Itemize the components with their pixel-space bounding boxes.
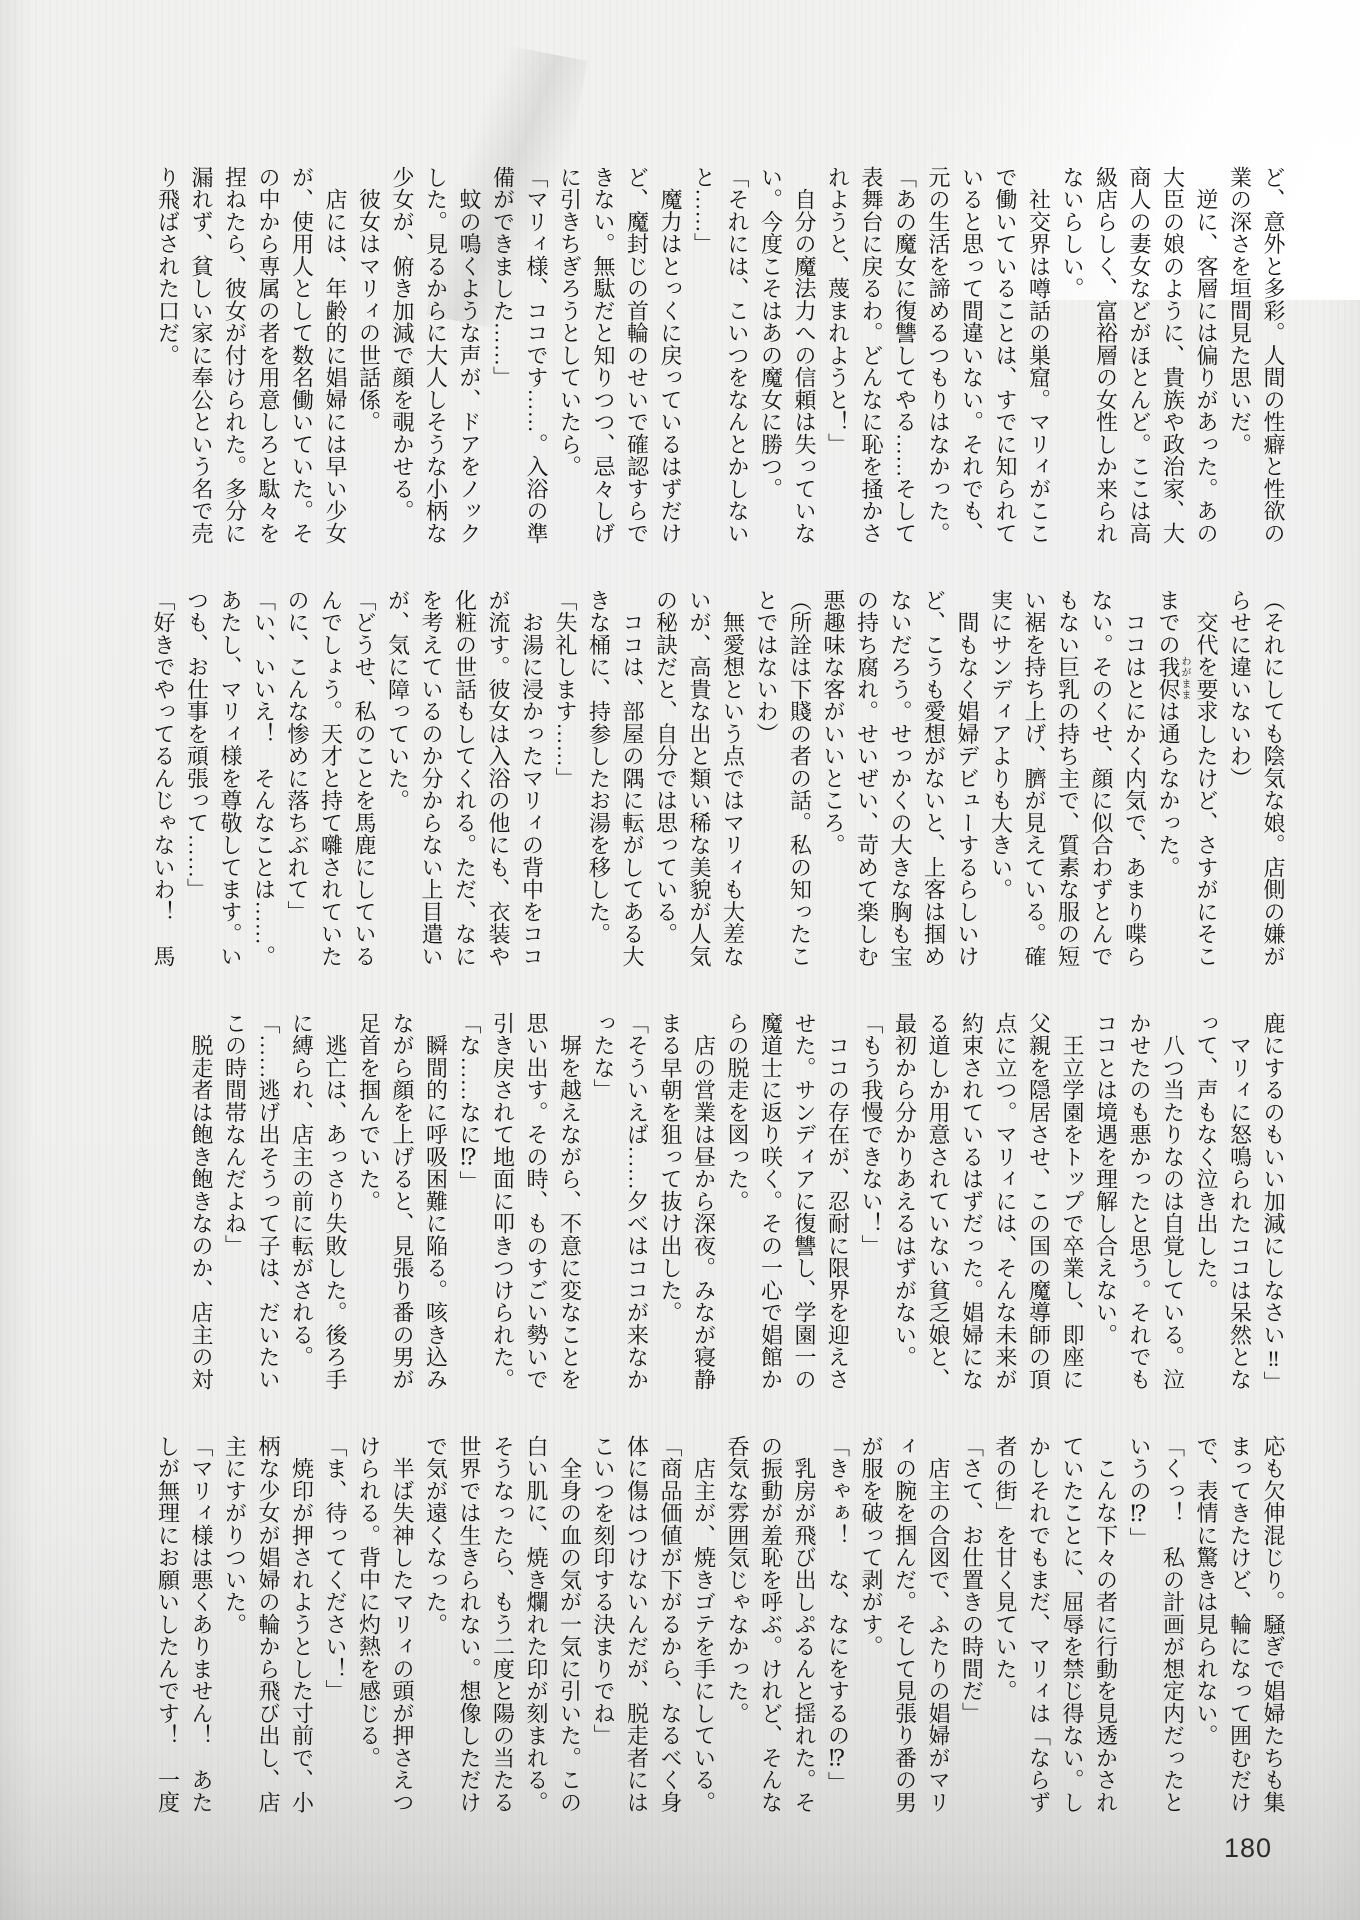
- text-column: 「い、いいえ！ そんなことは……。: [247, 589, 281, 973]
- text-column: （所詮は下賤の者の話。私の知ったこ: [783, 589, 817, 973]
- text-column: きない。無駄だと知りつつ、忌々しげ: [587, 166, 621, 550]
- text-column: の持ち腐れ。せいぜい、苛めて楽しむ: [850, 589, 884, 973]
- page-number: 180: [1224, 1833, 1272, 1864]
- text-column: 「……逃げ出そうって子は、だいたい: [252, 1012, 286, 1396]
- text-column: 化粧の世話もしてくれる。ただ、なに: [448, 589, 482, 973]
- book-page: ど、意外と多彩。人間の性癖と性欲の業の深さを垣間見た思いだ。 逆に、客層には偏り…: [0, 0, 1360, 1920]
- text-column: 柄な少女が娼婦の輪から飛び出し、店: [252, 1435, 286, 1819]
- text-column: （それにしても陰気な娘。店側の嫌が: [1257, 589, 1291, 973]
- text-column: 焼印が押されようとした寸前で、小: [285, 1435, 319, 1819]
- text-column: 「さて、お仕置きの時間だ」: [955, 1435, 989, 1819]
- text-band-4: 応も欠伸混じり。騒ぎで娼婦たちも集まってきたけど、輪になって囲むだけで、表情に驚…: [151, 1435, 1290, 1819]
- text-column: 「きゃぁ！ な、なにをするの⁉」: [821, 1435, 855, 1819]
- text-column: 者の街」を甘く見ていた。: [989, 1435, 1023, 1819]
- text-column: の秘訣だと、自分では思っている。: [649, 589, 683, 973]
- text-column: 呑気な雰囲気じゃなかった。: [721, 1435, 755, 1819]
- text-column: れようと、蔑まれようと！」: [821, 166, 855, 550]
- text-column: 「商品価値が下がるから、なるべく身: [654, 1435, 688, 1819]
- text-column: こんな下々の者に行動を見透かされ: [1089, 1435, 1123, 1819]
- text-column: 白い肌に、焼き爛れた印が刻まれる。: [520, 1435, 554, 1819]
- text-column: 「もう我慢できない！」: [855, 1012, 889, 1396]
- text-column: が、使用人として数名働いていた。そ: [285, 166, 319, 550]
- text-column: お湯に浸かったマリィの背中をココ: [515, 589, 549, 973]
- text-column: 「どうせ、私のことを馬鹿にしている: [348, 589, 382, 973]
- text-column: 捏ねたら、彼女が付けられた。多分に: [218, 166, 252, 550]
- text-column: 脱走者は飽き飽きなのか、店主の対: [185, 1012, 219, 1396]
- text-column: 瞬間的に呼吸困難に陥る。咳き込み: [419, 1012, 453, 1396]
- text-column: 業の深さを垣間見た思いだ。: [1223, 166, 1257, 550]
- text-column: ココの存在が、忍耐に限界を迎えさ: [821, 1012, 855, 1396]
- text-column: ったな」: [587, 1012, 621, 1396]
- text-column: が、気に障っていた。: [381, 589, 415, 973]
- text-column: 元の生活を諦めるつもりはなかった。: [922, 166, 956, 550]
- text-column: ないだろう。せっかくの大きな胸も宝: [884, 589, 918, 973]
- text-column: の振動が羞恥を呼ぶ。けれど、そんな: [754, 1435, 788, 1819]
- text-column: 社交界は噂話の巣窟。マリィがここ: [1022, 166, 1056, 550]
- text-column: を考えているのか分からない上目遣い: [415, 589, 449, 973]
- text-column: 鹿にするのもいい加減にしなさい‼」: [1257, 1012, 1291, 1396]
- text-column: 級店らしく、富裕層の女性しか来られ: [1089, 166, 1123, 550]
- text-column: 少女が、俯き加減で顔を覗かせる。: [386, 166, 420, 550]
- text-column: いると思って間違いない。それでも、: [955, 166, 989, 550]
- text-column: ない。そのくせ、顔に似合わずとんで: [1085, 589, 1119, 973]
- text-column: 店には、年齢的に娼婦には早い少女: [319, 166, 353, 550]
- text-column: の中から専属の者を用意しろと駄々を: [252, 166, 286, 550]
- text-column: 魔道士に返り咲く。その一心で娼館か: [754, 1012, 788, 1396]
- text-column: 間もなく娼婦デビューするらしいけ: [951, 589, 985, 973]
- text-column: 魔力はとっくに戻っているはずだけ: [654, 166, 688, 550]
- text-band-1: ど、意外と多彩。人間の性癖と性欲の業の深さを垣間見た思いだ。 逆に、客層には偏り…: [151, 166, 1290, 550]
- text-column: に引きちぎろうとしていたら。: [553, 166, 587, 550]
- text-column: 点に立つ。マリィには、そんな未来が: [989, 1012, 1023, 1396]
- text-column: 「な……なに⁉」: [453, 1012, 487, 1396]
- text-column: まる早朝を狙って抜け出した。: [654, 1012, 688, 1396]
- text-column: ど、意外と多彩。人間の性癖と性欲の: [1257, 166, 1291, 550]
- text-column: いが、高貴な出と類い稀な美貌が人気: [683, 589, 717, 973]
- text-column: せた。サンディアに復讐し、学園一の: [788, 1012, 822, 1396]
- text-column: 半ば失神したマリィの頭が押さえつ: [386, 1435, 420, 1819]
- text-column: この時間帯なんだよね」: [218, 1012, 252, 1396]
- text-column: 八つ当たりなのは自覚している。泣: [1156, 1012, 1190, 1396]
- text-column: 「好きでやってるんじゃないわ！ 馬: [147, 589, 181, 973]
- text-column: のに、こんな惨めに落ちぶれて」: [281, 589, 315, 973]
- text-column: 備ができました……」: [486, 166, 520, 550]
- text-column: 彼女はマリィの世話係。: [352, 166, 386, 550]
- text-column: い裾を持ち上げ、臍が見えている。確: [1018, 589, 1052, 973]
- text-column: 体に傷はつけないんだが、脱走者には: [620, 1435, 654, 1819]
- text-column: 足首を掴んでいた。: [352, 1012, 386, 1396]
- text-column: 王立学園をトップで卒業し、即座に: [1056, 1012, 1090, 1396]
- text-column: そうなったら、もう二度と陽の当たる: [486, 1435, 520, 1819]
- text-band-2: （それにしても陰気な娘。店側の嫌がらせに違いないわ） 交代を要求したけど、さすが…: [147, 589, 1291, 973]
- text-column: 応も欠伸混じり。騒ぎで娼婦たちも集: [1257, 1435, 1291, 1819]
- text-column: とではないわ）: [750, 589, 784, 973]
- text-column: こいつを刻印する決まりでね」: [587, 1435, 621, 1819]
- text-column: もない巨乳の持ち主で、質素な服の短: [1051, 589, 1085, 973]
- text-column: 塀を越えながら、不意に変なことを: [553, 1012, 587, 1396]
- text-column: が流す。彼女は入浴の他にも、衣装や: [482, 589, 516, 973]
- text-column: きな桶に、持参したお湯を移した。: [582, 589, 616, 973]
- text-column: 店主の合図で、ふたりの娼婦がマリ: [922, 1435, 956, 1819]
- text-column: つも、お仕事を頑張って……」: [180, 589, 214, 973]
- text-column: り飛ばされた口だ。: [151, 166, 185, 550]
- text-column: で気が遠くなった。: [419, 1435, 453, 1819]
- text-column: で、表情に驚きは見られない。: [1190, 1435, 1224, 1819]
- text-band-3: 鹿にするのもいい加減にしなさい‼」 マリィに怒鳴られたココは呆然となって、声もな…: [185, 1012, 1291, 1396]
- text-column: かせたのも悪かったと思う。それでも: [1123, 1012, 1157, 1396]
- text-column: 「それには、こいつをなんとかしない: [721, 166, 755, 550]
- text-column: 世界では生きられない。想像しただけ: [453, 1435, 487, 1819]
- text-column: で働いていることは、すでに知られて: [989, 166, 1023, 550]
- text-column: 商人の妻女などがほとんど。ここは高: [1123, 166, 1157, 550]
- text-column: らの脱走を図った。: [721, 1012, 755, 1396]
- text-column: ど、魔封じの首輪のせいで確認すらで: [620, 166, 654, 550]
- text-column: 主にすがりついた。: [218, 1435, 252, 1819]
- text-column: 「そういえば……夕べはココが来なか: [620, 1012, 654, 1396]
- text-column: 無愛想という点ではマリィも大差な: [716, 589, 750, 973]
- text-column: ココは、部屋の隅に転がしてある大: [616, 589, 650, 973]
- text-column: 父親を隠居させ、この国の魔導師の頂: [1022, 1012, 1056, 1396]
- text-column: けられる。背中に灼熱を感じる。: [352, 1435, 386, 1819]
- text-column: 逆に、客層には偏りがあった。あの: [1190, 166, 1224, 550]
- text-column: ないらしい。: [1056, 166, 1090, 550]
- text-column: と……」: [687, 166, 721, 550]
- text-column: 全身の血の気が一気に引いた。この: [553, 1435, 587, 1819]
- text-column: 逃亡は、あっさり失敗した。後ろ手: [319, 1012, 353, 1396]
- text-column: ココとは境遇を理解し合えない。: [1089, 1012, 1123, 1396]
- text-column: いうの⁉」: [1123, 1435, 1157, 1819]
- text-column: 「あの魔女に復讐してやる……そして: [888, 166, 922, 550]
- text-column: ィの腕を掴んだ。そして見張り番の男: [888, 1435, 922, 1819]
- text-column: 最初から分かりあえるはずがない。: [888, 1012, 922, 1396]
- text-column: 乳房が飛び出しぷるんと揺れた。そ: [788, 1435, 822, 1819]
- text-column: 表舞台に戻るわ。どんなに恥を掻かさ: [855, 166, 889, 550]
- text-column: あたし、マリィ様を尊敬してます。い: [214, 589, 248, 973]
- text-column: い。今度こそはあの魔女に勝つ。: [754, 166, 788, 550]
- text-column: が服を破って剥がす。: [855, 1435, 889, 1819]
- text-column: 「ま、待ってください！」: [319, 1435, 353, 1819]
- text-column: までの我侭わがままは通らなかった。: [1152, 589, 1190, 973]
- text-column: に縛られ、店主の前に転がされる。: [285, 1012, 319, 1396]
- text-column: 漏れず、貧しい家に奉公という名で売: [185, 166, 219, 550]
- text-column: ていたことに、屈辱を禁じ得ない。し: [1056, 1435, 1090, 1819]
- text-column: 思い出す。その時、ものすごい勢いで: [520, 1012, 554, 1396]
- text-column: 大臣の娘のように、貴族や政治家、大: [1156, 166, 1190, 550]
- text-column: 「マリィ様、ココです……。入浴の準: [520, 166, 554, 550]
- text-column: ながら顔を上げると、見張り番の男が: [386, 1012, 420, 1396]
- text-column: ど、こうも愛想がないと、上客は掴め: [917, 589, 951, 973]
- text-column: んでしょう。天才と持て囃されていた: [314, 589, 348, 973]
- text-column: 悪趣味な客がいいところ。: [817, 589, 851, 973]
- text-column: 実にサンディアよりも大きい。: [984, 589, 1018, 973]
- text-column: る道しか用意されていない貧乏娘と、: [922, 1012, 956, 1396]
- text-column: 蚊の鳴くような声が、ドアをノック: [453, 166, 487, 550]
- text-column: らせに違いないわ）: [1223, 589, 1257, 973]
- text-column: 「マリィ様は悪くありません！ あた: [185, 1435, 219, 1819]
- text-column: 「くっ！ 私の計画が想定内だったと: [1156, 1435, 1190, 1819]
- text-column: 店主が、焼きゴテを手にしている。: [687, 1435, 721, 1819]
- text-column: 自分の魔法力への信頼は失っていな: [788, 166, 822, 550]
- text-column: 店の営業は昼から深夜。みなが寝静: [687, 1012, 721, 1396]
- text-column: 約束されているはずだった。娼婦にな: [955, 1012, 989, 1396]
- text-column: した。見るからに大人しそうな小柄な: [419, 166, 453, 550]
- text-column: って、声もなく泣き出した。: [1190, 1012, 1224, 1396]
- text-column: かしそれでもまだ、マリィは「ならず: [1022, 1435, 1056, 1819]
- text-column: しが無理にお願いしたんです！ 一度: [151, 1435, 185, 1819]
- text-column: 交代を要求したけど、さすがにそこ: [1190, 589, 1224, 973]
- text-column: 「失礼します……」: [549, 589, 583, 973]
- text-column: ココはとにかく内気で、あまり喋ら: [1118, 589, 1152, 973]
- text-column: まってきたけど、輪になって囲むだけ: [1223, 1435, 1257, 1819]
- text-column: マリィに怒鳴られたココは呆然とな: [1223, 1012, 1257, 1396]
- text-column: 引き戻されて地面に叩きつけられた。: [486, 1012, 520, 1396]
